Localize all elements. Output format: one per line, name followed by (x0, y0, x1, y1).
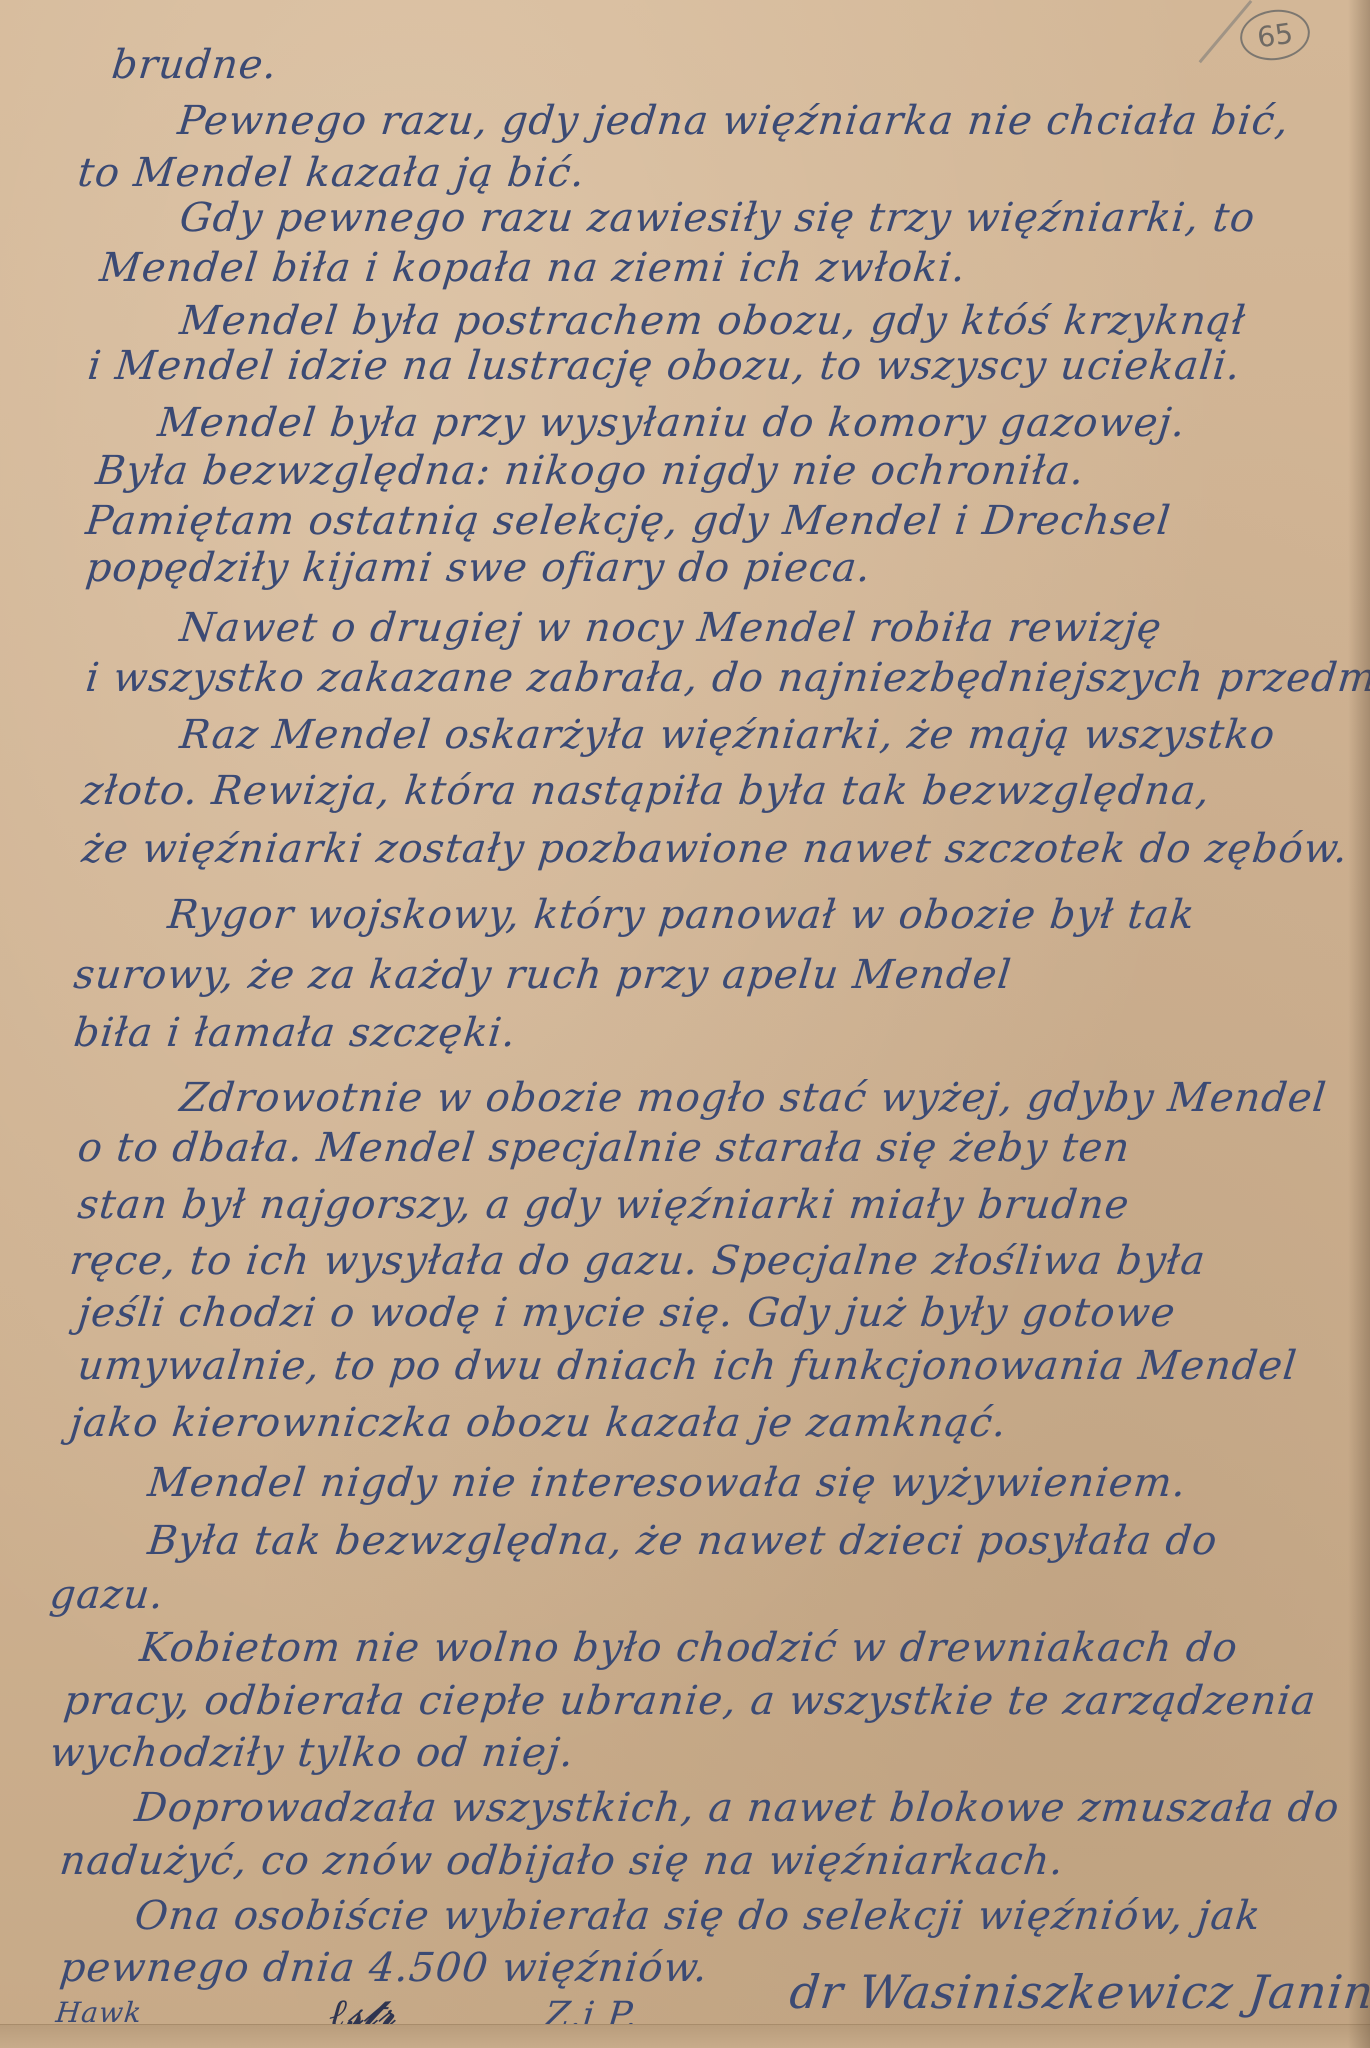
text-line: Mendel nigdy nie interesowała się wyżywi… (146, 1460, 1189, 1506)
text-line: Ona osobiście wybierała się do selekcji … (133, 1893, 1264, 1939)
text-line: Była bezwzględna: nikogo nigdy nie ochro… (94, 448, 1087, 494)
witness-signature: dr Wasiniszkewicz Janina (787, 1965, 1370, 2019)
text-line: Nawet o drugiej w nocy Mendel robiła rew… (178, 605, 1165, 651)
text-line: Rygor wojskowy, który panował w obozie b… (166, 892, 1198, 938)
text-line: Gdy pewnego razu zawiesiły się trzy więź… (178, 195, 1258, 241)
text-line: ręce, to ich wysyłała do gazu. Specjalne… (68, 1238, 1208, 1284)
text-line: umywalnie, to po dwu dniach ich funkcjon… (76, 1343, 1300, 1389)
text-line: biła i łamała szczęki. (72, 1010, 519, 1056)
text-line: o to dbała. Mendel specjalnie starała si… (76, 1125, 1133, 1171)
text-line: Mendel była postrachem obozu, gdy któś k… (178, 298, 1249, 344)
text-line: nadużyć, co znów odbijało się na więźnia… (58, 1838, 1067, 1884)
text-line: Doprowadzała wszystkich, a nawet blokowe… (133, 1785, 1342, 1831)
text-line: popędziły kijami swe ofiary do pieca. (84, 545, 874, 591)
text-line: to Mendel kazała ją bić. (76, 150, 588, 196)
text-line: gazu. (48, 1572, 167, 1618)
text-line: brudne. (110, 42, 280, 88)
text-line: że więźniarki zostały pozbawione nawet s… (80, 826, 1351, 872)
text-line: pracy, odbierała ciepłe ubranie, a wszys… (62, 1678, 1319, 1724)
text-line: Kobietom nie wolno było chodzić w drewni… (138, 1625, 1241, 1671)
text-line: Pamiętam ostatnią selekcję, gdy Mendel i… (84, 498, 1174, 544)
folio-number: 65 (1237, 5, 1313, 64)
text-line: Pewnego razu, gdy jedna więźniarka nie c… (176, 98, 1292, 144)
text-line: pewnego dnia 4.500 więźniów. (58, 1945, 711, 1991)
text-line: jeśli chodzi o wodę i mycie się. Gdy już… (76, 1290, 1178, 1336)
text-line: Mendel była przy wysyłaniu do komory gaz… (156, 400, 1188, 446)
text-line: wychodziły tylko od niej. (48, 1730, 577, 1776)
text-line: Była tak bezwzględna, że nawet dzieci po… (146, 1518, 1220, 1564)
text-line: Mendel biła i kopała na ziemi ich zwłoki… (98, 245, 969, 291)
text-line: i wszystko zakazane zabrała, do najniezb… (84, 655, 1370, 701)
text-line: jako kierowniczka obozu kazała je zamkną… (68, 1400, 1010, 1446)
text-line: Raz Mendel oskarżyła więźniarki, że mają… (178, 712, 1278, 758)
text-line: stan był najgorszy, a gdy więźniarki mia… (76, 1182, 1132, 1228)
text-line: surowy, że za każdy ruch przy apelu Mend… (72, 952, 1014, 998)
text-line: złoto. Rewizja, która nastąpiła była tak… (80, 768, 1213, 814)
document-page: 65 brudne. Pewnego razu, gdy jedna więźn… (0, 0, 1370, 2048)
text-line: Zdrowotnie w obozie mogło stać wyżej, gd… (178, 1075, 1329, 1121)
text-line: i Mendel idzie na lustrację obozu, to ws… (86, 343, 1243, 389)
page-bottom-edge (0, 2024, 1370, 2048)
